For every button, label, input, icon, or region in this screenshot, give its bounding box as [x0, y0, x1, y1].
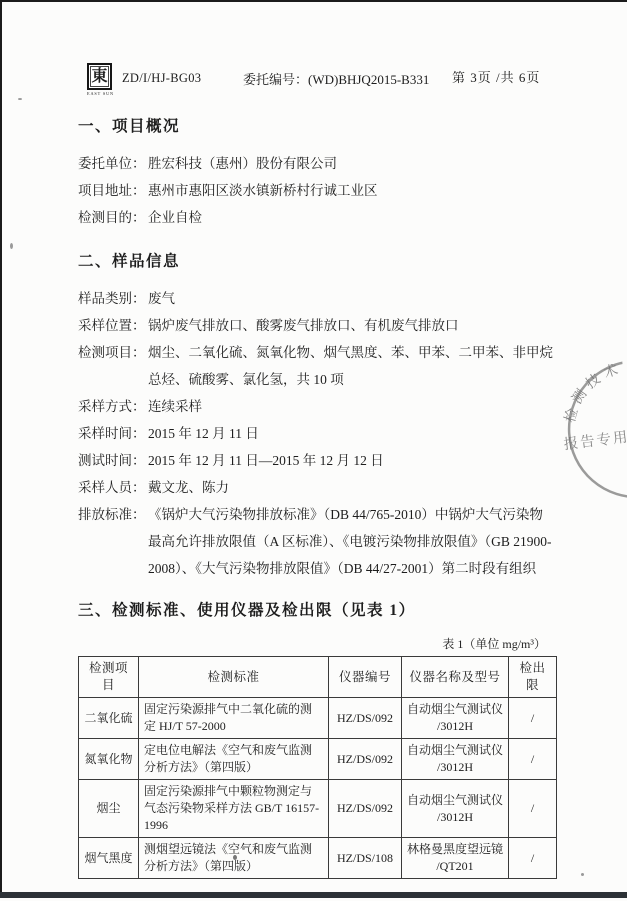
cell-standard: 固定污染源排气中二氧化硫的测定 HJ/T 57-2000: [139, 698, 329, 739]
cell-instrument-no: HZ/DS/108: [329, 838, 402, 879]
field-value: 2015 年 12 月 11 日: [148, 420, 556, 447]
cell-instrument-name: 林格曼黑度望远镜 /QT201: [402, 838, 509, 879]
scan-speck: [242, 847, 245, 850]
field-value: 《锅炉大气污染物排放标准》（DB 44/765-2010）中锅炉大气污染物最高允…: [148, 501, 556, 582]
cell-detection-limit: /: [509, 780, 557, 838]
field-value: 锅炉废气排放口、酸雾废气排放口、有机废气排放口: [148, 312, 556, 339]
field-value: 惠州市惠阳区淡水镇新桥村行诚工业区: [148, 177, 556, 204]
field-label: 采样时间：: [78, 420, 148, 447]
table-unit-note: 表 1（单位 mg/m³）: [78, 634, 546, 654]
field-row: 检测目的： 企业自检: [78, 204, 556, 231]
cell-standard: 定电位电解法《空气和废气监测分析方法》（第四版）: [139, 739, 329, 780]
field-label: 样品类别：: [78, 285, 148, 312]
field-value: 企业自检: [148, 204, 556, 231]
page-indicator: 第 3页 /共 6页: [452, 67, 540, 86]
scan-bottom-bar: [0, 892, 627, 898]
cell-instrument-no: HZ/DS/092: [329, 739, 402, 780]
cell-instrument-name: 自动烟尘气测试仪 /3012H: [402, 739, 509, 780]
col-header-detection-limit: 检出限: [509, 657, 557, 698]
field-value: 戴文龙、陈力: [148, 474, 556, 501]
field-value: 废气: [148, 285, 556, 312]
document-page: 東 EAST SUN ZD/I/HJ-BG03 委托编号：(WD)BHJQ201…: [0, 0, 627, 901]
field-value: 胜宏科技（惠州）股份有限公司: [148, 150, 556, 177]
field-row: 采样方式： 连续采样: [78, 393, 556, 420]
scan-speck: [18, 98, 22, 100]
logo-glyph: 東: [91, 69, 107, 85]
company-logo: 東 EAST SUN: [87, 63, 117, 97]
field-value: 烟尘、二氧化硫、氮氧化物、烟气黑度、苯、甲苯、二甲苯、非甲烷总烃、硫酸雾、氯化氢…: [148, 339, 556, 393]
table-header-row: 检测项目 检测标准 仪器编号 仪器名称及型号 检出限: [79, 657, 557, 698]
cell-item: 二氧化硫: [79, 698, 139, 739]
field-row: 委托单位： 胜宏科技（惠州）股份有限公司: [78, 150, 556, 177]
cell-standard: 固定污染源排气中颗粒物测定与气态污染物采样方法 GB/T 16157-1996: [139, 780, 329, 838]
section-title-sample: 二、样品信息: [78, 251, 556, 273]
cell-instrument-name: 自动烟尘气测试仪 /3012H: [402, 698, 509, 739]
report-stamp: 检测技术 报告专用: [531, 342, 627, 518]
field-row: 检测项目： 烟尘、二氧化硫、氮氧化物、烟气黑度、苯、甲苯、二甲苯、非甲烷总烃、硫…: [78, 339, 556, 393]
field-label: 项目地址：: [78, 177, 148, 204]
cell-instrument-name: 自动烟尘气测试仪 /3012H: [402, 780, 509, 838]
field-row: 项目地址： 惠州市惠阳区淡水镇新桥村行诚工业区: [78, 177, 556, 204]
cell-item: 烟气黑度: [79, 838, 139, 879]
logo-caption: EAST SUN: [87, 92, 113, 96]
field-row: 排放标准： 《锅炉大气污染物排放标准》（DB 44/765-2010）中锅炉大气…: [78, 501, 556, 582]
cell-detection-limit: /: [509, 838, 557, 879]
table-row: 烟气黑度 测烟望远镜法《空气和废气监测分析方法》（第四版） HZ/DS/108 …: [79, 838, 557, 879]
field-label: 采样方式：: [78, 393, 148, 420]
cell-item: 烟尘: [79, 780, 139, 838]
col-header-instrument-no: 仪器编号: [329, 657, 402, 698]
field-label: 采样位置：: [78, 312, 148, 339]
scan-speck: [581, 873, 584, 876]
stamp-line-text: 报告专用: [563, 427, 627, 453]
logo-seal-icon: 東: [87, 63, 112, 90]
detection-table: 检测项目 检测标准 仪器编号 仪器名称及型号 检出限 二氧化硫 固定污染源排气中…: [78, 656, 557, 879]
field-row: 样品类别： 废气: [78, 285, 556, 312]
field-label: 测试时间：: [78, 447, 148, 474]
field-label: 采样人员：: [78, 474, 148, 501]
col-header-standard: 检测标准: [139, 657, 329, 698]
cell-detection-limit: /: [509, 739, 557, 780]
scan-speck: [10, 243, 13, 249]
table-row: 二氧化硫 固定污染源排气中二氧化硫的测定 HJ/T 57-2000 HZ/DS/…: [79, 698, 557, 739]
report-body: 一、项目概况 委托单位： 胜宏科技（惠州）股份有限公司 项目地址： 惠州市惠阳区…: [78, 116, 556, 879]
field-value: 2015 年 12 月 11 日—2015 年 12 月 12 日: [148, 447, 556, 474]
cell-item: 氮氧化物: [79, 739, 139, 780]
field-row: 采样时间： 2015 年 12 月 11 日: [78, 420, 556, 447]
field-label: 检测目的：: [78, 204, 148, 231]
table-row: 氮氧化物 定电位电解法《空气和废气监测分析方法》（第四版） HZ/DS/092 …: [79, 739, 557, 780]
field-label: 检测项目：: [78, 339, 148, 393]
cell-detection-limit: /: [509, 698, 557, 739]
cell-instrument-no: HZ/DS/092: [329, 780, 402, 838]
field-row: 采样人员： 戴文龙、陈力: [78, 474, 556, 501]
scan-speck: [233, 855, 237, 860]
col-header-item: 检测项目: [79, 657, 139, 698]
field-row: 采样位置： 锅炉废气排放口、酸雾废气排放口、有机废气排放口: [78, 312, 556, 339]
field-label: 排放标准：: [78, 501, 148, 582]
field-row: 测试时间： 2015 年 12 月 11 日—2015 年 12 月 12 日: [78, 447, 556, 474]
field-value: 连续采样: [148, 393, 556, 420]
commission-number: 委托编号：(WD)BHJQ2015-B331: [243, 69, 429, 88]
table-row: 烟尘 固定污染源排气中颗粒物测定与气态污染物采样方法 GB/T 16157-19…: [79, 780, 557, 838]
stamp-arc-text: 检测技术: [557, 359, 627, 425]
field-label: 委托单位：: [78, 150, 148, 177]
section-title-standards: 三、检测标准、使用仪器及检出限（见表 1）: [78, 600, 556, 622]
scan-edge-left: [0, 0, 2, 894]
col-header-instrument-name: 仪器名称及型号: [402, 657, 509, 698]
section-title-overview: 一、项目概况: [78, 116, 556, 138]
cell-instrument-no: HZ/DS/092: [329, 698, 402, 739]
doc-code: ZD/I/HJ-BG03: [122, 71, 201, 86]
scan-edge-top: [0, 0, 627, 2]
